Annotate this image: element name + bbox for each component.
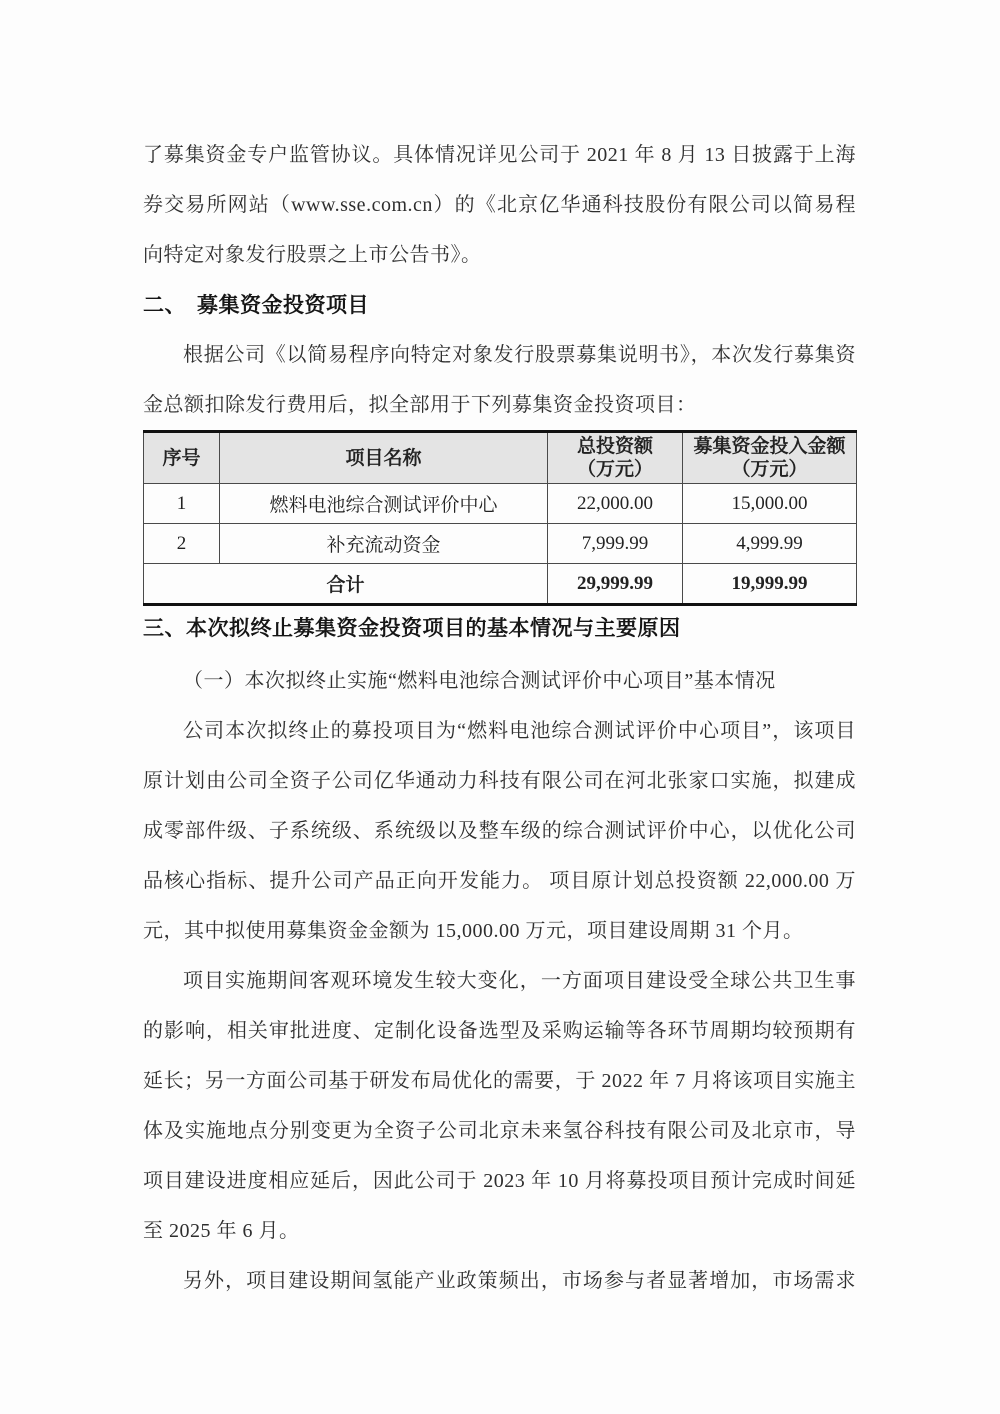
row-index-cell: 1: [144, 484, 220, 524]
total-label-cell: 合计: [144, 564, 548, 605]
intro-paragraph: 了募集资金专户监管协议。具体情况详见公司于 2021 年 8 月 13 日披露于…: [143, 130, 856, 280]
col-header-label: 总投资额: [577, 436, 653, 457]
text-line: 体及实施地点分别变更为全资子公司北京未来氢谷科技有限公司及北京市，导致: [143, 1106, 856, 1156]
text-line: 了募集资金专户监管协议。具体情况详见公司于 2021 年 8 月 13 日披露于…: [143, 130, 856, 180]
project-name-cell: 燃料电池综合测试评价中心: [220, 484, 548, 524]
text-line: 项目实施期间客观环境发生较大变化，一方面项目建设受全球公共卫生事件: [143, 956, 856, 1006]
table-header-row: 序号 项目名称 总投资额 （万元） 募集资金投入金额 （万元）: [144, 432, 857, 484]
text-line: 品核心指标、提升公司产品正向开发能力。 项目原计划总投资额 22,000.00 …: [143, 856, 856, 906]
text-line: 项目建设进度相应延后，因此公司于 2023 年 10 月将募投项目预计完成时间延…: [143, 1156, 856, 1206]
section3-subheading: （一）本次拟终止实施“燃料电池综合测试评价中心项目”基本情况: [143, 656, 856, 706]
section3-paragraph-2: 项目实施期间客观环境发生较大变化，一方面项目建设受全球公共卫生事件 的影响，相关…: [143, 956, 856, 1256]
col-header-unit: （万元）: [548, 458, 682, 481]
col-header-unit: （万元）: [683, 458, 856, 481]
text-line: 根据公司《以简易程序向特定对象发行股票募集说明书》，本次发行募集资: [143, 330, 856, 380]
text-line: 公司本次拟终止的募投项目为“燃料电池综合测试评价中心项目”，该项目: [143, 706, 856, 756]
total-investment-cell: 22,000.00: [548, 484, 683, 524]
total-investment-sum-cell: 29,999.99: [548, 564, 683, 605]
section3-heading: 三、本次拟终止募集资金投资项目的基本情况与主要原因: [143, 606, 856, 650]
col-header-index: 序号: [144, 432, 220, 484]
project-name-cell: 补充流动资金: [220, 524, 548, 564]
text-line: 至 2025 年 6 月。: [143, 1206, 856, 1256]
col-header-project-name: 项目名称: [220, 432, 548, 484]
total-investment-cell: 7,999.99: [548, 524, 683, 564]
table-total-row: 合计 29,999.99 19,999.99: [144, 564, 857, 605]
text-line: 券交易所网站（www.sse.com.cn）的《北京亿华通科技股份有限公司以简易…: [143, 180, 856, 230]
text-line: 元，其中拟使用募集资金金额为 15,000.00 万元，项目建设周期 31 个月…: [143, 906, 856, 956]
text-line: 的影响，相关审批进度、定制化设备选型及采购运输等各环节周期均较预期有所: [143, 1006, 856, 1056]
col-header-label: 募集资金投入金额: [693, 436, 845, 457]
text-line: 另外，项目建设期间氢能产业政策频出，市场参与者显著增加，市场需求更: [143, 1256, 856, 1306]
text-line: 向特定对象发行股票之上市公告书》。: [143, 230, 856, 280]
section2-paragraph: 根据公司《以简易程序向特定对象发行股票募集说明书》，本次发行募集资 金总额扣除发…: [143, 330, 856, 430]
table-row: 1 燃料电池综合测试评价中心 22,000.00 15,000.00: [144, 484, 857, 524]
text-line: 原计划由公司全资子公司亿华通动力科技有限公司在河北张家口实施，拟建成集: [143, 756, 856, 806]
section2-heading: 二、 募集资金投资项目: [143, 280, 856, 330]
raised-funds-cell: 4,999.99: [683, 524, 857, 564]
col-header-raised-funds: 募集资金投入金额 （万元）: [683, 432, 857, 484]
table-row: 2 补充流动资金 7,999.99 4,999.99: [144, 524, 857, 564]
text-line: 延长；另一方面公司基于研发布局优化的需要，于 2022 年 7 月将该项目实施主: [143, 1056, 856, 1106]
document-content: 了募集资金专户监管协议。具体情况详见公司于 2021 年 8 月 13 日披露于…: [143, 130, 856, 1306]
raised-funds-sum-cell: 19,999.99: [683, 564, 857, 605]
col-header-total-investment: 总投资额 （万元）: [548, 432, 683, 484]
fund-projects-table: 序号 项目名称 总投资额 （万元） 募集资金投入金额 （万元） 1 燃料电池综合…: [143, 430, 857, 606]
text-line: 成零部件级、子系统级、系统级以及整车级的综合测试评价中心，以优化公司产: [143, 806, 856, 856]
section3-paragraph-1: 公司本次拟终止的募投项目为“燃料电池综合测试评价中心项目”，该项目 原计划由公司…: [143, 706, 856, 956]
document-page: 了募集资金专户监管协议。具体情况详见公司于 2021 年 8 月 13 日披露于…: [0, 0, 1000, 1414]
row-index-cell: 2: [144, 524, 220, 564]
section3-paragraph-3: 另外，项目建设期间氢能产业政策频出，市场参与者显著增加，市场需求更: [143, 1256, 856, 1306]
raised-funds-cell: 15,000.00: [683, 484, 857, 524]
text-line: 金总额扣除发行费用后，拟全部用于下列募集资金投资项目：: [143, 380, 856, 430]
